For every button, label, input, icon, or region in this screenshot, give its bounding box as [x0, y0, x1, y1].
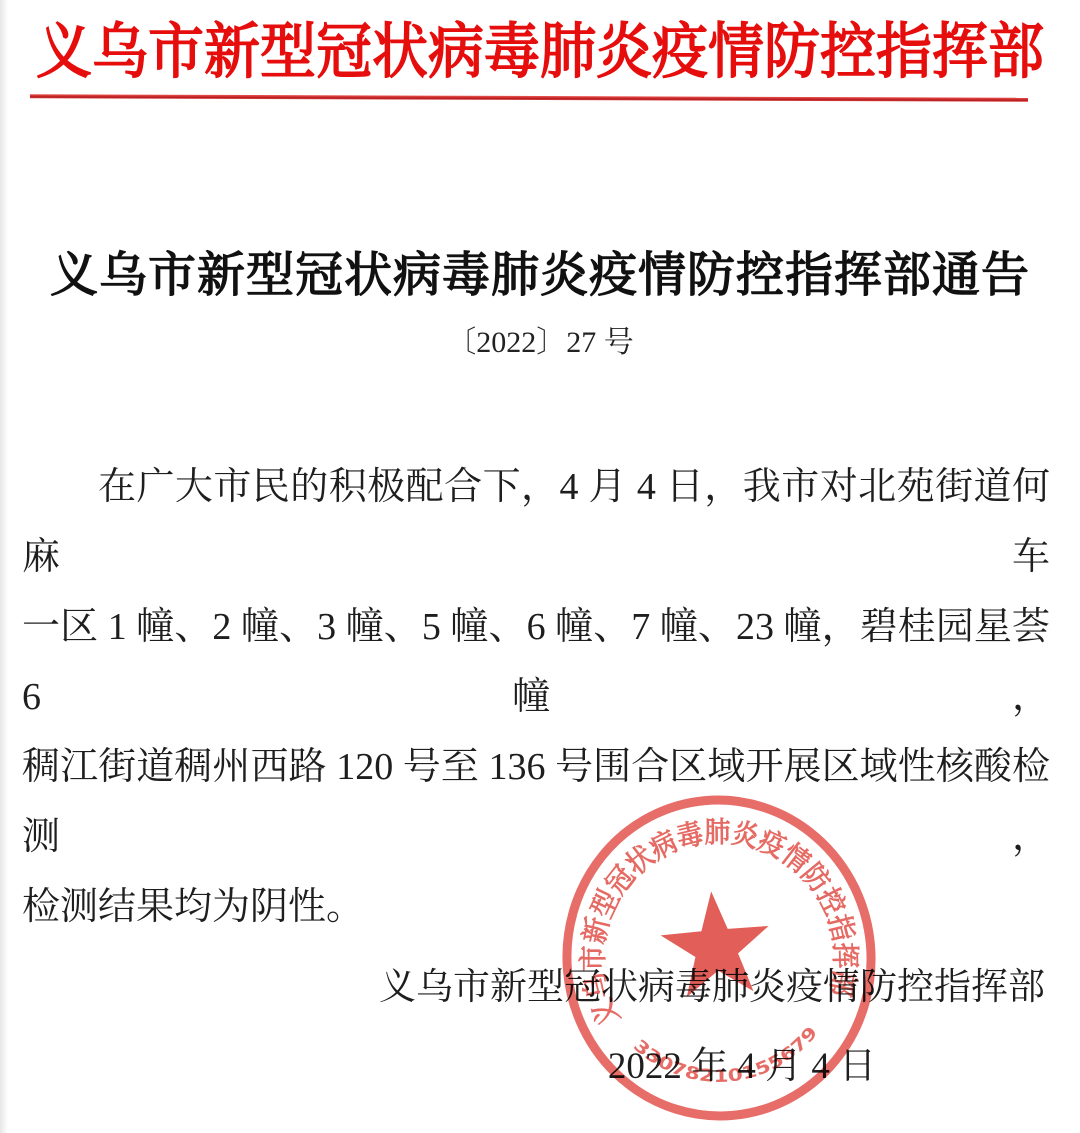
issuer-signature: 义乌市新型冠状病毒肺炎疫情防控指挥部 — [379, 956, 1045, 1010]
document-page: 义乌市新型冠状病毒肺炎疫情防控指挥部 义乌市新型冠状病毒肺炎疫情防控指挥部通告 … — [0, 0, 1080, 1133]
issue-date: 2022 年 4 月 4 日 — [586, 1035, 898, 1089]
notice-title: 义乌市新型冠状病毒肺炎疫情防控指挥部通告 — [0, 236, 1080, 305]
letterhead-rule — [30, 94, 1028, 101]
body-line-4: 检测结果均为阴性。 — [22, 872, 1050, 942]
letterhead-title: 义乌市新型冠状病毒肺炎疫情防控指挥部 — [0, 4, 1080, 90]
body-line-3: 稠江街道稠州西路 120 号至 136 号围合区域开展区域性核酸检测， — [22, 732, 1050, 872]
notice-body: 在广大市民的积极配合下，4 月 4 日，我市对北苑街道何麻车 一区 1 幢、2 … — [22, 452, 1050, 942]
body-line-2: 一区 1 幢、2 幢、3 幢、5 幢、6 幢、7 幢、23 幢，碧桂园星荟 6 … — [22, 592, 1050, 732]
scan-edge-shading — [0, 0, 8, 1133]
doc-number: 〔2022〕27 号 — [0, 317, 1080, 361]
body-line-1: 在广大市民的积极配合下，4 月 4 日，我市对北苑街道何麻车 — [22, 452, 1050, 592]
